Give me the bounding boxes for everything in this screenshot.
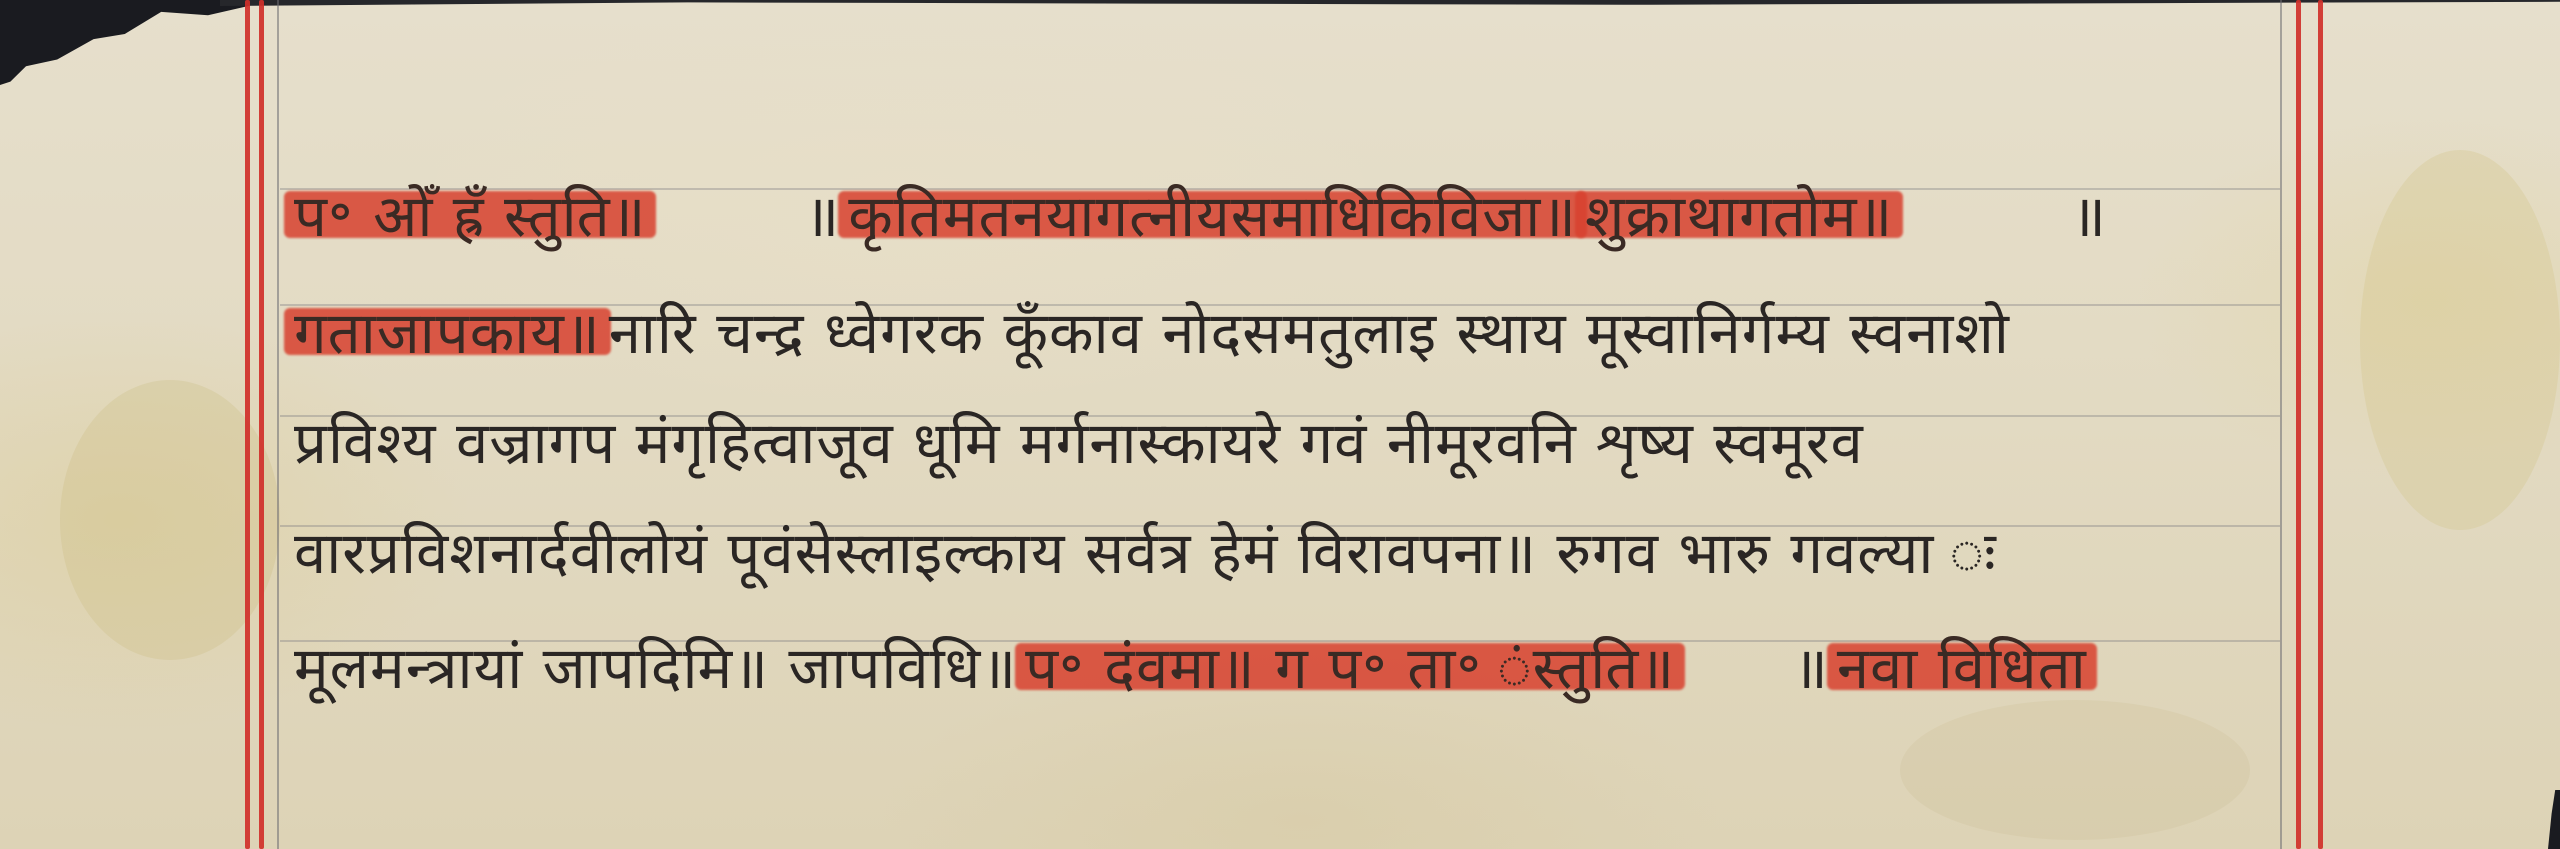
body-text: नारि चन्द्र ध्वेगरक कूँकाव नोदसमतुलाइ स्… [605, 291, 2014, 370]
rubric-text: शुक्राथागतोम॥ [1581, 174, 1897, 253]
rubric-text: प॰ ओँ ह्रँ स्तुति॥ [290, 174, 650, 253]
rubric-text: नवा विधिता [1833, 626, 2091, 705]
text-line-4: वारप्रविशनार्दवीलोयं पूवंसेस्लाइल्काय सर… [290, 505, 2250, 595]
right-margin-rule-outer [2318, 0, 2323, 849]
left-margin-rule-inner [259, 0, 264, 849]
paper-stain [1900, 700, 2250, 840]
body-text: मूलमन्त्रायां जापदिमि॥ जापविधि॥ [290, 626, 1021, 705]
text-line-1: प॰ ओँ ह्रँ स्तुति॥॥कृतिमतनयागत्नीयसमाधिक… [290, 168, 2250, 258]
rubric-text: गताजापकाय॥ [290, 291, 605, 370]
body-text: प्रविश्य वज्रागप मंगृहित्वाजूव धूमि मर्ग… [290, 401, 1868, 480]
paper-stain [2360, 150, 2560, 530]
text-line-3: प्रविश्य वज्रागप मंगृहित्वाजूव धूमि मर्ग… [290, 395, 2250, 485]
right-text-boundary [2280, 0, 2282, 849]
rubric-text: कृतिमतनयागत्नीयसमाधिकिविजा॥ [844, 174, 1581, 253]
body-text: वारप्रविशनार्दवीलोयं पूवंसेस्लाइल्काय सर… [290, 511, 2001, 590]
rubric-text: प॰ दंवमा॥ ग प॰ ता॰ ंस्तुति॥ [1021, 626, 1679, 705]
text-line-5: मूलमन्त्रायां जापदिमि॥ जापविधि॥प॰ दंवमा॥… [290, 620, 2250, 710]
left-text-boundary [277, 0, 279, 849]
body-text: ॥ [2067, 174, 2111, 253]
text-line-2: गताजापकाय॥नारि चन्द्र ध्वेगरक कूँकाव नोद… [290, 285, 2250, 375]
left-margin-rule-outer [245, 0, 250, 849]
right-margin-rule-inner [2296, 0, 2301, 849]
